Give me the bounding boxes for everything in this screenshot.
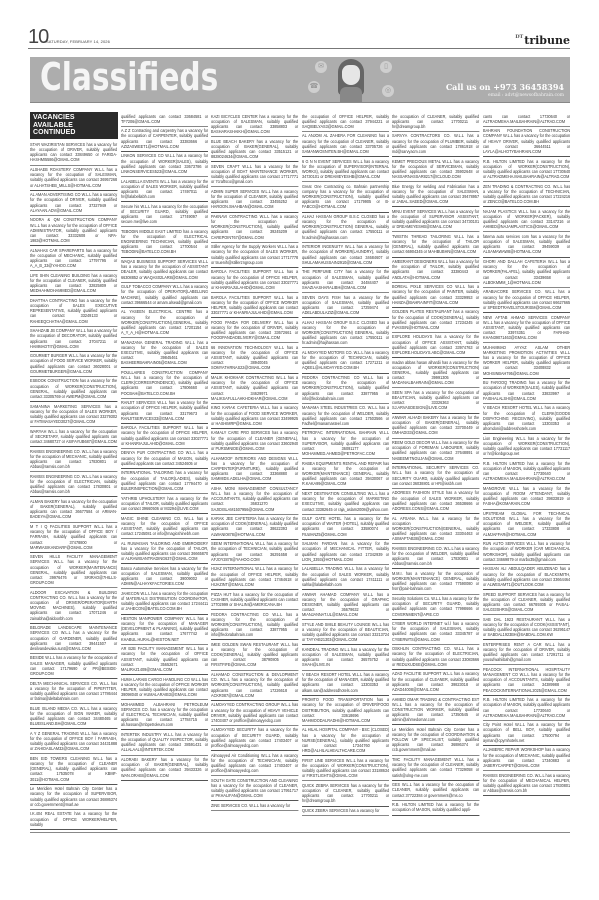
classified-ad: INTERNATIONAL TAILORING has a vacancy fo… <box>121 469 208 494</box>
ad-list: the occupation of OFFICE HELPER, suitabl… <box>302 112 390 816</box>
classified-ad: DELTA MECHANICAL SERVICES CO. W.L.L has … <box>30 679 117 704</box>
classified-ad: FIRST LINE SERVICES W.L.L has a vacancy … <box>302 756 389 781</box>
classified-ad: YATHRIB UPHOLSTERY has a vacancy for the… <box>121 494 208 514</box>
classified-ad: ALHAMOOF INTERIORS AND DESIGNS W.L.L has… <box>211 454 298 484</box>
classified-ad: ASHA MONI MANAGEMENT CONSULTANCY W.L.L h… <box>211 484 298 514</box>
classified-ad: ALHAJ HASSAN GROUP B.S.C CLOSED has a va… <box>302 213 389 243</box>
globe-icon: ◎ <box>382 85 394 97</box>
classified-ad: ALHAJ HASSAN GROUP B.S.C CLOSED has a va… <box>302 318 389 348</box>
classified-ad: KARAK JEE CAFETERIA has a vacancy for th… <box>211 515 298 540</box>
classified-ad: ADMIN SUPER SERVICES W.L.L has a vacancy… <box>211 187 298 212</box>
column-2: qualified applicants can contact 3368458… <box>121 112 209 832</box>
classified-ad: MOHAMMED ALBAHRANI PETROLEUM SERVICES CO… <box>121 700 208 730</box>
classified-ad: RAMSIS ENGINEERING CO. W.L.L has a vacan… <box>392 544 479 569</box>
classified-ad: SOUTH GATE CONSTRUCTION AND CLEANING has… <box>211 776 298 801</box>
classified-ad: MAGIC SHINE CLEANING CO. W.L.L has a vac… <box>121 514 208 539</box>
classified-ad: SALMAN FARDAN has a vacancy for the occu… <box>302 540 389 565</box>
classified-ad: REEM GOLD DECOR W.L.L has a vacancy for … <box>392 439 479 464</box>
classified-ad: ESBOOK CONSTRUCTION has a vacancy for th… <box>30 377 117 402</box>
classified-ad: qualified applicants can contact 3368458… <box>121 112 208 127</box>
classified-ad: AMEERANT DESIGNERS W.L.L has a vacancy f… <box>392 258 479 283</box>
newspaper-logo: DTtribune <box>515 34 570 47</box>
classified-ad: MALIK KHOKHAR CONTRACTING W.L.L has a va… <box>211 374 298 404</box>
classified-ad: BEN EID TOWERS CLEANING W.L.L has a vaca… <box>30 754 117 784</box>
classified-ad: MANAZANA GENERAL TRADING W.L.L has a vac… <box>121 338 208 368</box>
classifieds-banner: Classifieds ✉ ☎ ▯ ◎ Call us on +973 3645… <box>30 57 570 103</box>
classified-ad: V BEACH RESORT HOTEL W.L.L has a vacancy… <box>483 404 570 434</box>
classified-ad: FEDORA CONTRACTING CO W.L.L has a vacanc… <box>211 610 298 640</box>
classified-ad: ALORABI BAKERY has a vacancy for the occ… <box>121 756 208 781</box>
classified-ad: LINKON SERVICES CO W.L.L has a vacancy f… <box>121 152 208 177</box>
classified-ad: ANWAR AHAMAD COMPANY W.L.L has a vacancy… <box>302 590 389 620</box>
classified-ad: LALABELLA EVENTS W.L.L has a vacancy for… <box>121 177 208 202</box>
classified-ad: Banco Automotive Services has a vacancy … <box>121 564 208 589</box>
classified-ad: GULF TOBACCO COMPANY W.L.L has a vacancy… <box>121 283 208 308</box>
classified-ad: Security Solutions Co. W.L.L has a vacan… <box>392 595 479 620</box>
classified-ad: Almoayyed Air Conditioning W.L.L has a v… <box>211 751 298 776</box>
classified-ad: AL YASEEN ELECTRICAL CENTRE has a vacanc… <box>121 308 208 338</box>
classified-ad: ARABIACORE SERVICES CO. W.L.L has a vaca… <box>483 288 570 313</box>
classified-ad: 66 INNOVATION TECHNOLOGY W.L.L has a vac… <box>211 343 298 373</box>
classified-ad: PIZZA HUT has a vacancy for the occupati… <box>211 590 298 610</box>
classified-ad: ZINE SERVICES CO. W.L.L has a vacancy fo… <box>211 801 298 811</box>
classified-ad: SEVEN DAYS FISH has a vacancy for the oc… <box>302 293 389 318</box>
classified-ad: POULLAIRES CONSTRUCTION COMPANY W.L.L ha… <box>121 368 208 398</box>
classified-ad: INTERIOR INGENUITY W.L.L has a vacancy f… <box>302 243 389 268</box>
classified-ad: R.B. HILTON LIMITED has a vacancy for th… <box>483 157 570 182</box>
classified-ad: M.M.I. has a vacancy for the occupation … <box>392 569 479 594</box>
classified-ad: Le Meridien Hotel Bahrain City Center ha… <box>392 725 479 755</box>
classified-ad: madan abbas hasan alhardii has a vacancy… <box>392 358 479 388</box>
classified-ad: HIJAZ INTERNATIONAL W.L.L has a vacancy … <box>211 565 298 590</box>
classified-ad: AL RUWAISAN TAILORING AND EMBROIDERY has… <box>121 539 208 564</box>
classified-ad: SEVEN CRAFT W.L.L has a vacancy for the … <box>211 162 298 187</box>
classified-ad: R.B. HILTON LIMITED has a vacancy for th… <box>392 801 479 816</box>
classified-ad: BAROLA FACILITIES SUPPORT W.L.L has a va… <box>211 293 298 318</box>
classified-ad: AL ANJOM AL ZAHERA FOR CLEANING has a va… <box>302 132 389 157</box>
classified-ad: SHAHZAIB JB COMPANY W.L.L has a vacancy … <box>30 327 117 352</box>
classified-ad: STYLE AND SMILE BEAUTY LOUNGE W.L.L has … <box>302 620 389 645</box>
classified-ad: AL AFSANA W.L.L has a vacancy for the oc… <box>392 514 479 544</box>
classified-ad: PROMTO FOOD TRANSPORTATION has a vacancy… <box>302 696 389 726</box>
classified-ad: GHORI AND DALLAH CAFETERIA W.L.L has a v… <box>483 258 570 288</box>
phone-icon: ☎ <box>308 81 320 93</box>
classified-ad: NAJAM PLASTICS W.L.L has a vacancy for t… <box>483 207 570 232</box>
classified-ad: KING KARAK CAFETERIA W.L.L has a vacancy… <box>211 404 298 429</box>
classified-ad: PAKNAVI CONTRACTING W.L.L has a vacancy … <box>211 213 298 243</box>
classified-ad: Lion Engineering W.L.L has a vacancy for… <box>483 434 570 459</box>
classified-ad: A Y Z GENERAL TRADING W.L.L has a vacanc… <box>30 729 117 754</box>
classified-ad: Secure his W.L.L has a vacancy for the o… <box>121 202 208 227</box>
classified-ad: KAMALY CARE PRO SERVICES has a vacancy f… <box>211 429 298 454</box>
classified-ad: ANWAR ALHADI BAKERY has a vacancy for th… <box>392 414 479 439</box>
classified-ad: R.B. HILTON LIMITED has a vacancy for th… <box>483 459 570 484</box>
classified-ad: DENIYA PUR CONTRACTING CO W.L.L has a va… <box>121 449 208 469</box>
classified-ad: BLUE BEACH BAKERY has a vacancy for the … <box>211 137 298 162</box>
classified-ad: NOORA & QM CONSTRUCTION COMPANY W.L.L ha… <box>30 216 117 246</box>
classified-ad: HESTON MANPOWER COMPANY W.L.L has a vaca… <box>121 615 208 645</box>
classified-ad: LIFE SHIN CLEANING BUILDING has a vacanc… <box>30 271 117 296</box>
classified-ad: INTERTEK INDUSTRY W.L.L has a vacancy fo… <box>121 730 208 755</box>
classified-ad: RAMSIS ENGINEERING CO. W.L.L has a vacan… <box>30 447 117 472</box>
classified-ad: Le Meridien Hotel Bahrain City Center ha… <box>30 785 117 810</box>
classified-ad: 6 G N N EVENT SERVICES W.L.L has a vacan… <box>302 157 389 182</box>
classified-ad: INTERNATIONAL SECURITY SERVICES CO. W.L.… <box>392 464 479 489</box>
classified-ad: NEXT DESTINATION CONSULTING W.L.L has a … <box>302 490 389 515</box>
classified-ad: M T I Q FACILITIES SUPPORT W.L.L has a v… <box>30 523 117 553</box>
bottom-rule <box>30 832 570 833</box>
classified-ad: KAZI BICYCLES CENTER has a vacancy for t… <box>211 112 298 137</box>
classified-ad: ALNAHAS CAR SPAREPARTS has a vacancy for… <box>30 246 117 271</box>
classified-ad: DHATTHA CONTRACTING has a vacancy for th… <box>30 296 117 326</box>
classified-ad: TEBODIN MIDDLE EAST LIMITED has a vacanc… <box>121 227 208 257</box>
classified-ad: AR B2B FACILITY MANAGEMENT W.L.L has a v… <box>121 645 208 675</box>
classified-ad: BAROLA FACILITIES SUPPORT W.L.L has a va… <box>211 268 298 293</box>
classified-ad: AL HILAL HOSPITAL COMPANY - BSC (CLOSED)… <box>302 726 389 756</box>
classified-ad: SEEM INTERNATIONAL W.L.L has a vacancy f… <box>211 540 298 565</box>
classified-ad: TWISTIN THREAD TAILORING W.L.L has a vac… <box>392 232 479 257</box>
classified-ad: GES W.L.L has a vacancy for the occupati… <box>392 781 479 801</box>
classified-ad: MANAMA STEEL INDUSTRIES CO. W.L.L has a … <box>302 404 389 429</box>
classified-ad: MANGROVE W.L.L has a vacancy for the occ… <box>483 484 570 509</box>
classified-ad: ENTERPRISES RENT A CAR W.L.L has a vacan… <box>483 640 570 665</box>
classified-ad: JAHECON W.L.L has a vacancy for the occu… <box>121 589 208 614</box>
classified-ad: UPSTREAM GLOBAL FOR TECHNICAL SOLUTIONS … <box>483 510 570 540</box>
classified-ad: the occupation of OFFICE HELPER, suitabl… <box>302 112 389 132</box>
masthead: 10 SATURDAY, FEBRUARY 14, 2026 DTtribune <box>28 32 570 49</box>
classified-ad: PETROFAC INTERNATIONAL BAHRAIN W.L.L has… <box>302 429 389 459</box>
classified-ad: ALMAN BAKERY has a vacancy for the occup… <box>30 497 117 522</box>
classified-ad: HUMA LARAIB CARGO HANDLING CO W.L.L has … <box>121 675 208 700</box>
classified-ad: Great One Contracting co. Bahrain partne… <box>302 182 389 212</box>
classified-ad: R.B. HILTON LIMITED has a vacancy for th… <box>483 696 570 721</box>
classified-ad: BAROLA FACILITIES SUPPORT W.L.L has a va… <box>121 424 208 449</box>
classified-ad: RUN AUTO SERVICES W.L.L has a vacancy fo… <box>483 540 570 565</box>
classified-ad: V BEACH RESORT HOTEL W.L.L has a vacancy… <box>302 671 389 696</box>
classified-ad: QUICK ZEBRA SERVICES has a vacancy for <box>302 807 389 817</box>
classified-ad: IMEE GOLDEN SWAN RESTAURANT W.L.L has a … <box>211 640 298 670</box>
classified-ad: FOOD PANDA FOR DELIVERY W.L.L has a vaca… <box>211 318 298 343</box>
classified-ad: STAR WAZIRISTAN SERVICES has a vacancy f… <box>30 141 117 166</box>
mobile-icon: ▯ <box>380 61 392 73</box>
logo-wordmark: tribune <box>524 34 570 47</box>
page-number: 10 <box>28 26 48 49</box>
classified-ad: SEVEN HILLS FACILITY MANAGEMENT SERVICES… <box>30 553 117 588</box>
classified-ad: OSKHLIN CONTRACTING CO. W.L.L has a vaca… <box>392 645 479 670</box>
classified-ad: CYBER WORLD INTERNET w.l.l has a vacancy… <box>392 620 479 645</box>
issue-date: SATURDAY, FEBRUARY 14, 2026 <box>46 39 110 44</box>
section-title: Classifieds <box>40 57 218 99</box>
classified-ad: WARYAH W.L.L has a vacancy for the occup… <box>30 427 117 447</box>
classified-ad: ALJABERIC REPAIR WORKSHOP has a vacancy … <box>483 746 570 771</box>
classified-ad: AL MOAYYED MOTORS CO. W.L.L has a vacanc… <box>302 348 389 373</box>
contact-email: email : advt@newsofbahrain.com <box>488 93 564 98</box>
classified-ad: THE PERFUME CITY has a vacancy for the o… <box>302 268 389 293</box>
classified-ad: SPEED SUPPORT SERVICES has a vacancy for… <box>483 590 570 615</box>
classified-ad: I.K.404 REAL ESTATE has a vacancy for th… <box>30 810 117 830</box>
classified-ad: ZEN TRADING & CONTRACTING CO. W.L.L has … <box>483 182 570 207</box>
classified-ad: AHMED OMAR TRADING & CONTRACTING EST W.L… <box>392 695 479 725</box>
classified-ad: GOLDEN PLATES RESTAURANT has a vacancy f… <box>392 308 479 333</box>
classified-ad: GOURMET BURGER W.L.L has a vacancy for t… <box>30 352 117 377</box>
classified-ad: ALSHAEB ROASTERY COMPANY W.L.L has a vac… <box>30 166 117 191</box>
mascot-body <box>340 87 362 102</box>
classified-ad: WAQAS BUSINESS SUPPORT SERVICES W.L.L ha… <box>121 258 208 283</box>
classified-ad: ALDOOR EXCAVATION & BUILDING CONTRACTING… <box>30 588 117 623</box>
mail-icon: ✉ <box>315 61 327 73</box>
classified-ad: the occupation of CLEANER, suitably qual… <box>392 112 479 132</box>
logo-prefix: DT <box>515 34 523 40</box>
classified-ad: RAMSIS ENGINEERING CO. W.L.L has a vacan… <box>483 771 570 796</box>
column-1: VACANCIES AVAILABLE CONTINUED STAR WAZIR… <box>30 112 118 832</box>
classified-ad: NEW AFTAB AHMAD SERVICES COMPANY W.L.L h… <box>483 313 570 343</box>
classified-ad: cants can contact 17730640 or ALTRADMEHA… <box>483 112 570 127</box>
ad-list: KAZI BICYCLES CENTER has a vacancy for t… <box>211 112 299 811</box>
classified-ad: ALMOAYYED SECURITY has a vacancy for the… <box>211 726 298 751</box>
ad-list: the occupation of CLEANER, suitably qual… <box>392 112 480 816</box>
classified-ad: BU FAROOQ TRADING has a vacancy for the … <box>483 379 570 404</box>
classified-ad: SAMANINA MARKETING SERVICES has a vacanc… <box>30 402 117 427</box>
classified-ad: BOREAL PIXLE SERVICES CO W.L.L has a vac… <box>392 283 479 308</box>
classified-ad: City Point Hotel W.L.L has a vacancy for… <box>483 721 570 746</box>
column-4: the occupation of OFFICE HELPER, suitabl… <box>302 112 390 832</box>
classified-ad: TMC FACILITY MANAGEMENT W.L.L has a vaca… <box>392 756 479 781</box>
classified-ad: A Z Z Contracting and carpentry has a va… <box>121 127 208 152</box>
ad-list: qualified applicants can contact 3368458… <box>121 112 209 781</box>
classified-ad: ALMOAYYED CONTRACTING GROUP W.L.L has a … <box>211 701 298 726</box>
section-heading: VACANCIES AVAILABLE CONTINUED <box>30 112 118 139</box>
classified-ad: RANJIT SERVICES W.L.L has a vacancy for … <box>121 399 208 424</box>
mascot-face <box>342 65 360 85</box>
classified-ad: Blue Energy for welding and Fabrication … <box>392 182 479 207</box>
classified-ad: KANDEAL TRADING W.L.L has a vacancy for … <box>302 645 389 670</box>
classified-ad: SARVYA CONTRACTORS CO. W.L.L has a vacan… <box>392 132 479 157</box>
classified-ad: QUICK ZEBRA SERVICES has a vacancy for t… <box>302 781 389 806</box>
column-3: KAZI BICYCLES CENTER has a vacancy for t… <box>211 112 299 832</box>
classified-ad: HASSAN ALI ABDULQADER ABUZENAD has a vac… <box>483 565 570 590</box>
newspaper-page: 10 SATURDAY, FEBRUARY 14, 2026 DTtribune… <box>0 0 599 900</box>
classified-ad: FEDORA CONTRACTING CO W.L.L has a vacanc… <box>302 374 389 404</box>
mascot-illustration <box>330 57 374 102</box>
call-us-text: Call us on +973 36458394 <box>446 82 564 92</box>
classified-ad: BAHRAIN FOUNDATION CONSTRUCTION COMPANY … <box>483 127 570 157</box>
column-6: cants can contact 17730640 or ALTRADMEHA… <box>483 112 571 832</box>
classified-ad: SEEN SPA has a vacancy for the occupatio… <box>392 388 479 413</box>
classified-ad: ALHAMAD CONSTRUCTION & DEVLOPMENT CO. W.… <box>211 671 298 701</box>
ad-list: cants can contact 17730640 or ALTRADMEHA… <box>483 112 571 796</box>
classified-ad: fatema auto services com has a vacancy f… <box>483 232 570 257</box>
classified-ad: EXPLORE HOLIDAYS has a vacancy for the o… <box>392 333 479 358</box>
classified-ad: AL AMAN ADVERTISING CO W.L.L has a vacan… <box>30 191 117 216</box>
ad-list: STAR WAZIRISTAN SERVICES has a vacancy f… <box>30 141 118 830</box>
classified-ad: BELGRADE LANDSCAPE MAINTENANCE SERVICES … <box>30 624 117 654</box>
classified-ad: SAB DAL 1923 RESTAURANT W.L.L has a vaca… <box>483 615 570 640</box>
classified-ad: MINU EVENT SERVICES W.L.L has a vacancy … <box>392 207 479 232</box>
classified-ad: PEACOCK INTERNATIONAL HOSPITALITY MANAGE… <box>483 665 570 695</box>
classified-ad: LALABELLA TRADING W.L.L has a vacancy fo… <box>302 565 389 590</box>
column-5: the occupation of CLEANER, suitably qual… <box>392 112 480 832</box>
classified-ad: MUHAMMAD AYYAZ ASLAM OTHER MARKETING PRO… <box>483 343 570 378</box>
classified-ad: BLUE ISLAND MEDIA CO. W.L.L has a vacanc… <box>30 704 117 729</box>
classifieds-columns: VACANCIES AVAILABLE CONTINUED STAR WAZIR… <box>30 112 570 832</box>
classified-ad: KEMET PRECIOUS METAL W.L.L has a vacancy… <box>392 157 479 182</box>
classified-ad: GULF GATE HOTEL has a vacancy for the oc… <box>302 515 389 540</box>
classified-ad: AZAD FACILITIE SUPPORT W.L.L has a vacan… <box>392 670 479 695</box>
classified-ad: ADORESS FASHION STYLE has a vacancy for … <box>392 489 479 514</box>
classified-ad: BESIDE W.L.L has a vacancy for the occup… <box>30 654 117 679</box>
classified-ad: RABEA EQUIPMENTS RENTAL AND REPAIR has a… <box>302 459 389 489</box>
classified-ad: Stiller Agency for the Supply Workers W.… <box>211 243 298 268</box>
classified-ad: RAMSIS ENGINEERING CO. W.L.L has a vacan… <box>30 472 117 497</box>
